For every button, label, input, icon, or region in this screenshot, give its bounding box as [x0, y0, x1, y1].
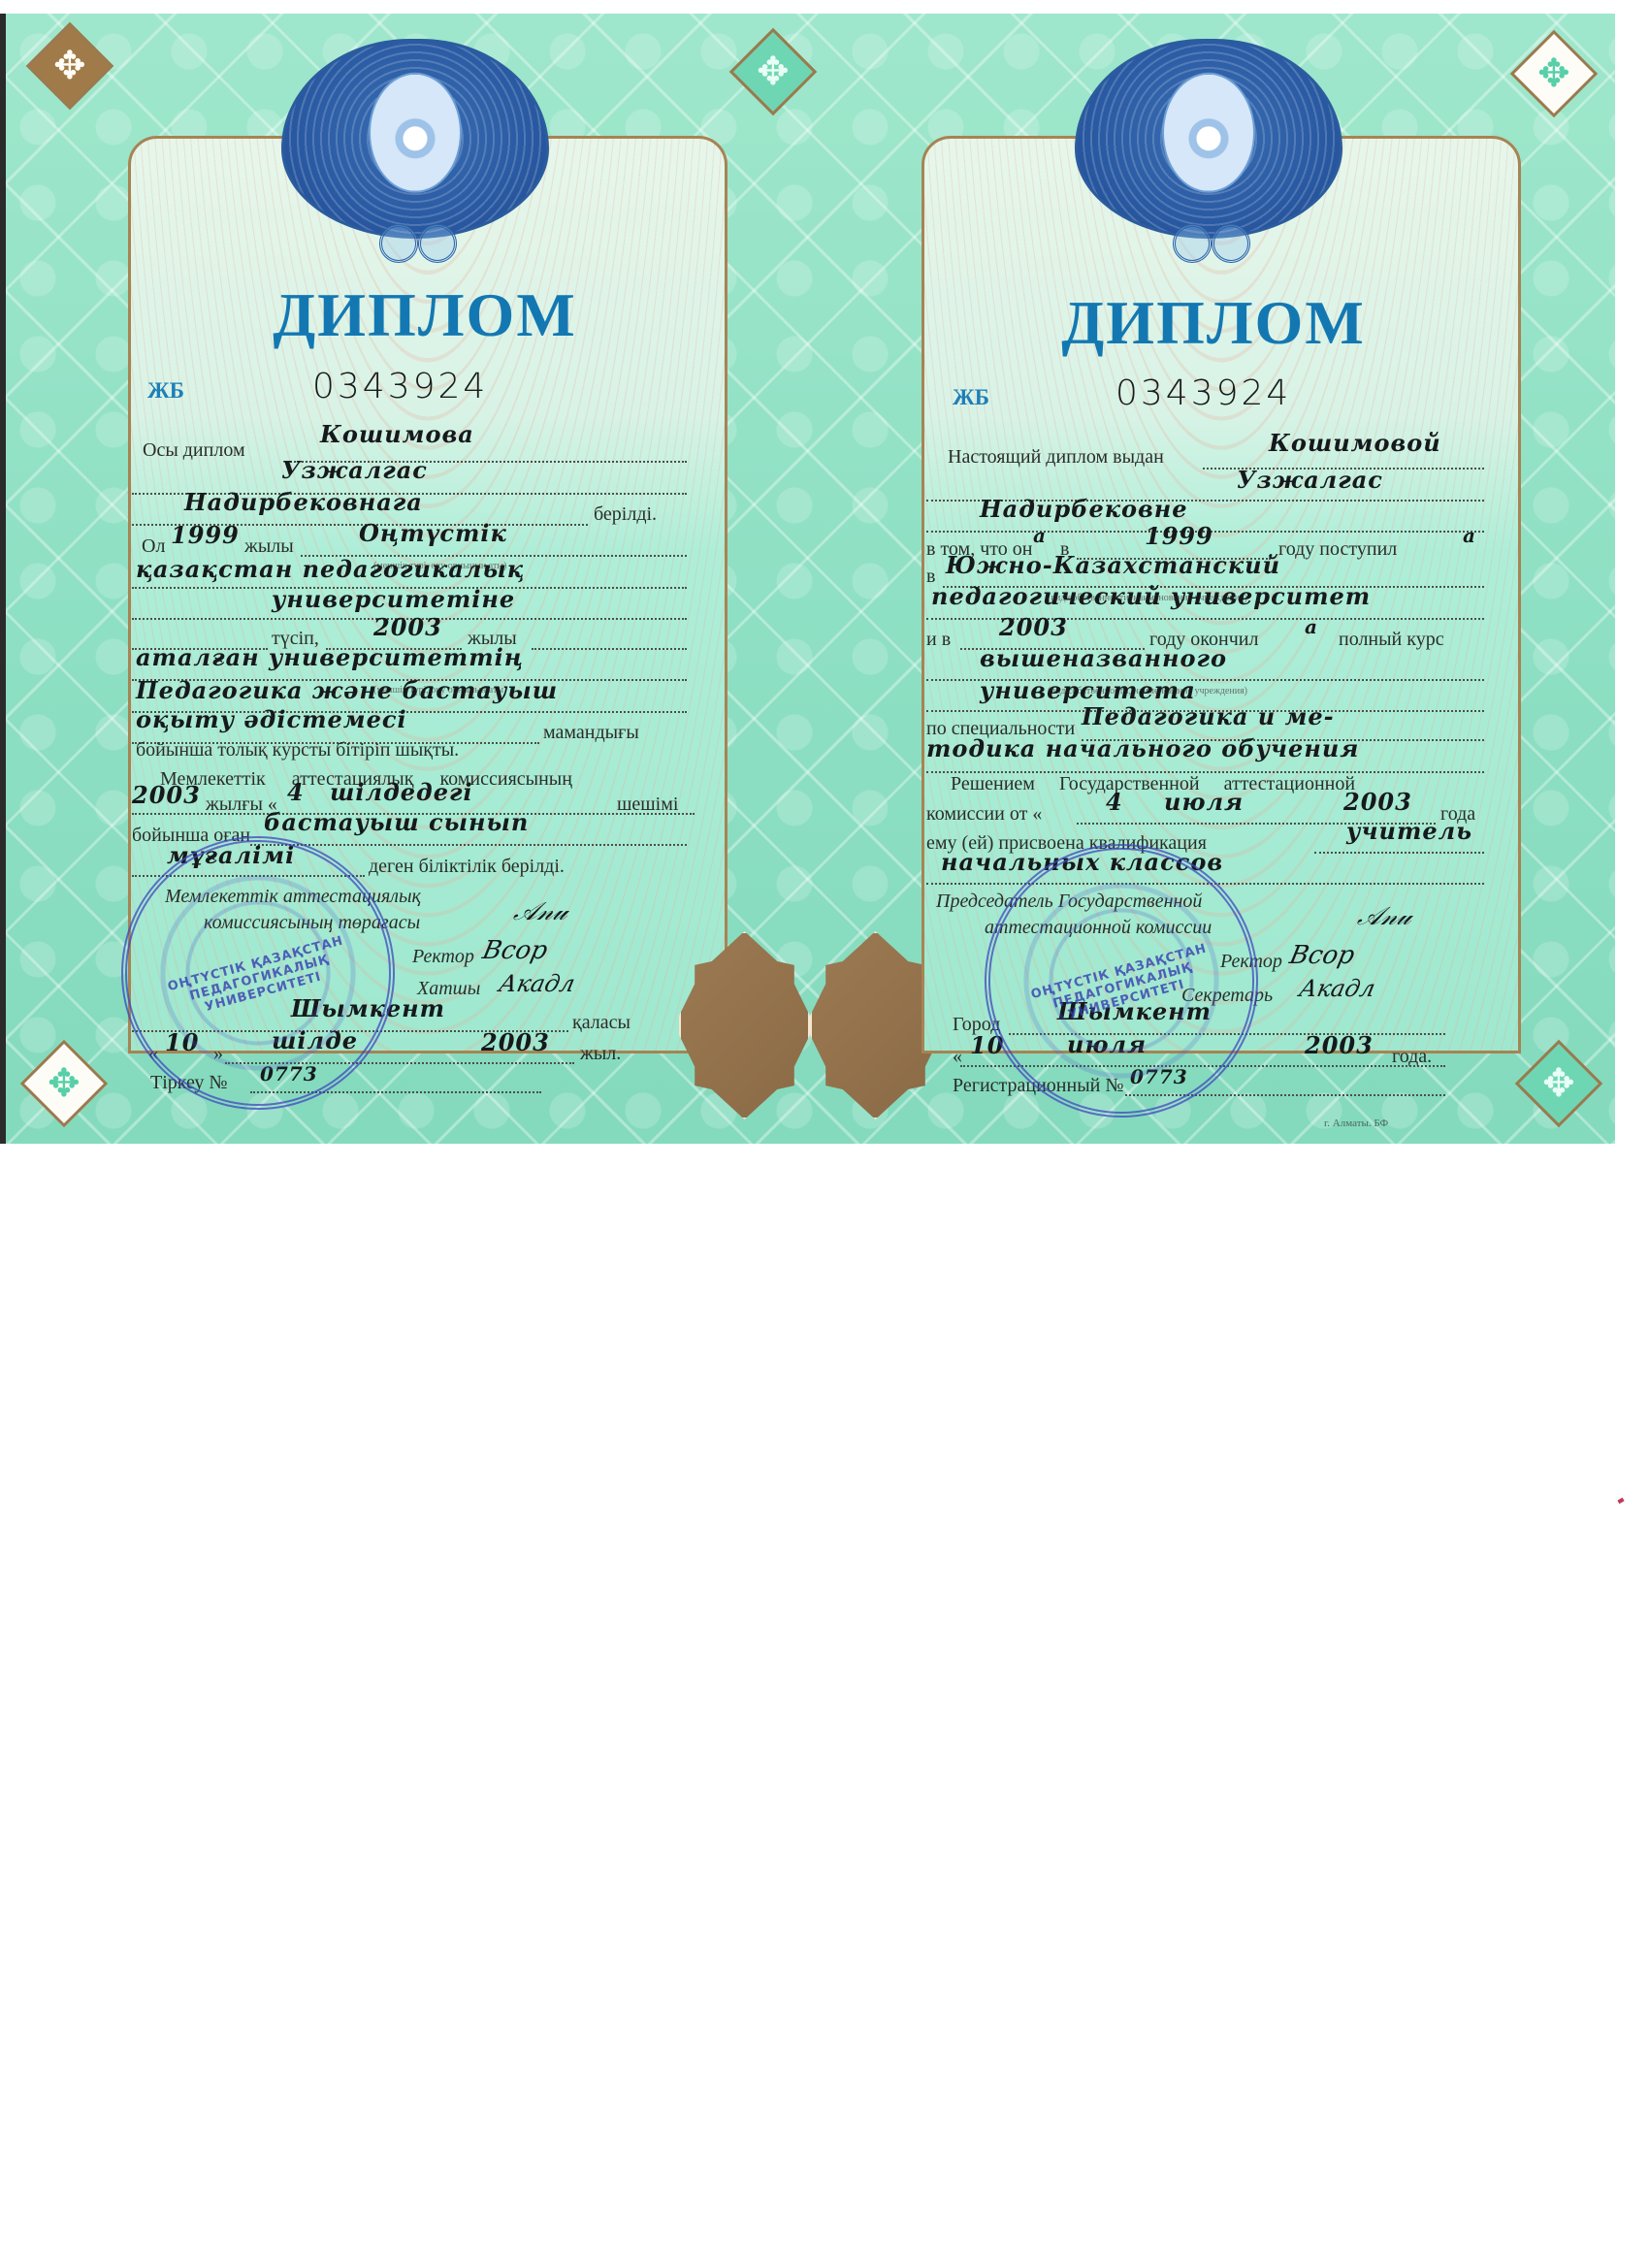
issued-suffix: берілді. [594, 503, 657, 526]
grad-institution-line-2: университета [980, 676, 1196, 704]
decision-prefix: комиссии от « [926, 803, 1042, 826]
grad-institution: аталған университеттің [136, 643, 524, 671]
swirl-ornament-icon [1212, 224, 1250, 263]
holder-surname: Кошимовой [1269, 429, 1441, 457]
diploma-number: 0343924 [1115, 373, 1291, 413]
decision-day: 4 [287, 778, 305, 806]
chair-signature: 𝒜𝓃𝓊 [511, 897, 571, 927]
grad-institution-line-1: вышеназванного [980, 644, 1227, 672]
fill-line [1314, 852, 1484, 854]
fill-line [532, 648, 687, 650]
swirl-ornament-icon [379, 224, 418, 263]
holder-name: Узжалгас [1237, 466, 1383, 494]
central-medallion [679, 931, 941, 1116]
entered-year: 1999 [171, 521, 240, 549]
ornament-icon: ✥ [757, 52, 790, 91]
specialty-suffix: мамандығы [543, 722, 639, 744]
series-label: ЖБ [953, 385, 989, 410]
entered-suffix: году поступил [1278, 538, 1397, 561]
institution-line-1: Оңтүстік [359, 519, 507, 547]
rector-signature: Вcop [1287, 941, 1357, 970]
holder-surname: Кошимова [320, 420, 474, 448]
specialty-line-2: тодика начального обучения [926, 734, 1359, 762]
institution-line-3: университетіне [272, 585, 515, 613]
holder-patronymic: Надирбековнага [184, 488, 423, 516]
institution-line-1: Южно-Казахстанский [946, 551, 1280, 579]
emblem-seal [369, 73, 462, 193]
emblem-seal [1162, 73, 1255, 193]
issue-year-suffix: жыл. [580, 1043, 621, 1065]
holder-name: Узжалгас [281, 456, 428, 484]
printer-imprint: г. Алматы. БФ [1324, 1118, 1388, 1129]
state-emblem-icon [281, 39, 549, 239]
issue-year-suffix: года. [1392, 1046, 1432, 1068]
specialty-line-2: оқыту әдістемесі [136, 705, 407, 733]
decision-year: 2003 [1343, 788, 1412, 816]
issued-to-label: Настоящий диплом выдан [948, 446, 1164, 469]
page-title: ДИПЛОМ [128, 279, 722, 351]
qualification-line-1: бастауыш сынып [264, 808, 529, 836]
decision-month: шілдедегі [330, 778, 473, 806]
state-emblem-icon [1075, 39, 1342, 239]
decision-text: Решением Государственной аттестационной [951, 773, 1355, 795]
decision-suffix: шешімі [617, 794, 678, 816]
rector-signature: Вcop [480, 936, 550, 965]
graduated-prefix: и в [926, 629, 951, 651]
graduated-year: 2003 [999, 613, 1068, 641]
decision-year: 2003 [132, 781, 201, 809]
qualification-suffix: деген біліктілік берілді. [369, 856, 565, 878]
ornament-icon: ✥ [1542, 1064, 1575, 1103]
ornament-icon: ✥ [1537, 54, 1570, 93]
secretary-signature: Акадл [1297, 975, 1377, 1002]
graduated-course: полный курс [1339, 629, 1444, 651]
page-title: ДИПЛОМ [917, 287, 1510, 359]
institution-line-2: қазақстан педагогикалық [136, 555, 525, 583]
completed-text: бойынша толық курсты бітіріп шықты. [136, 739, 459, 761]
medallion-left-icon [679, 931, 810, 1119]
decision-month: июля [1164, 788, 1244, 816]
fill-line [250, 844, 687, 846]
specialty-line-1: Педагогика и ме- [1082, 702, 1335, 730]
swirl-ornament-icon [418, 224, 457, 263]
city-suffix: қаласы [572, 1012, 630, 1034]
rector-label: Ректор [412, 946, 474, 968]
decision-day: 4 [1106, 788, 1123, 816]
stamp-text: ОҢТҮСТІК ҚАЗАҚСТАН ПЕДАГОГИКАЛЫҚ УНИВЕРС… [990, 931, 1254, 1041]
scan-speck [1617, 1498, 1624, 1504]
stamp-text: ОҢТҮСТІК ҚАЗАҚСТАН ПЕДАГОГИКАЛЫҚ УНИВЕРС… [127, 923, 391, 1033]
specialty-line-1: Педагогика және бастауыш [136, 676, 558, 704]
series-label: ЖБ [147, 378, 184, 404]
graduated-mark: а [1305, 615, 1318, 638]
diploma-number: 0343924 [312, 367, 488, 406]
graduated-year: 2003 [373, 613, 442, 641]
chair-signature: 𝒜𝓃𝓊 [1355, 902, 1415, 932]
entered-gender-mark: а [1033, 524, 1047, 547]
secretary-signature: Акадл [497, 970, 577, 997]
issue-year: 2003 [481, 1028, 550, 1056]
holder-patronymic: Надирбековне [980, 495, 1188, 523]
swirl-ornament-icon [1173, 224, 1212, 263]
scan-edge [0, 14, 6, 1144]
issued-to-label: Осы диплом [143, 439, 245, 462]
issue-year: 2003 [1305, 1031, 1374, 1059]
ornament-icon: ✥ [53, 47, 86, 85]
institution-line-2: педагогический университет [931, 582, 1371, 610]
ornament-icon: ✥ [48, 1064, 81, 1103]
entered-year: 1999 [1145, 522, 1213, 550]
entered-suffix-mark: а [1463, 524, 1476, 547]
qualification-line-1: учитель [1346, 817, 1472, 845]
